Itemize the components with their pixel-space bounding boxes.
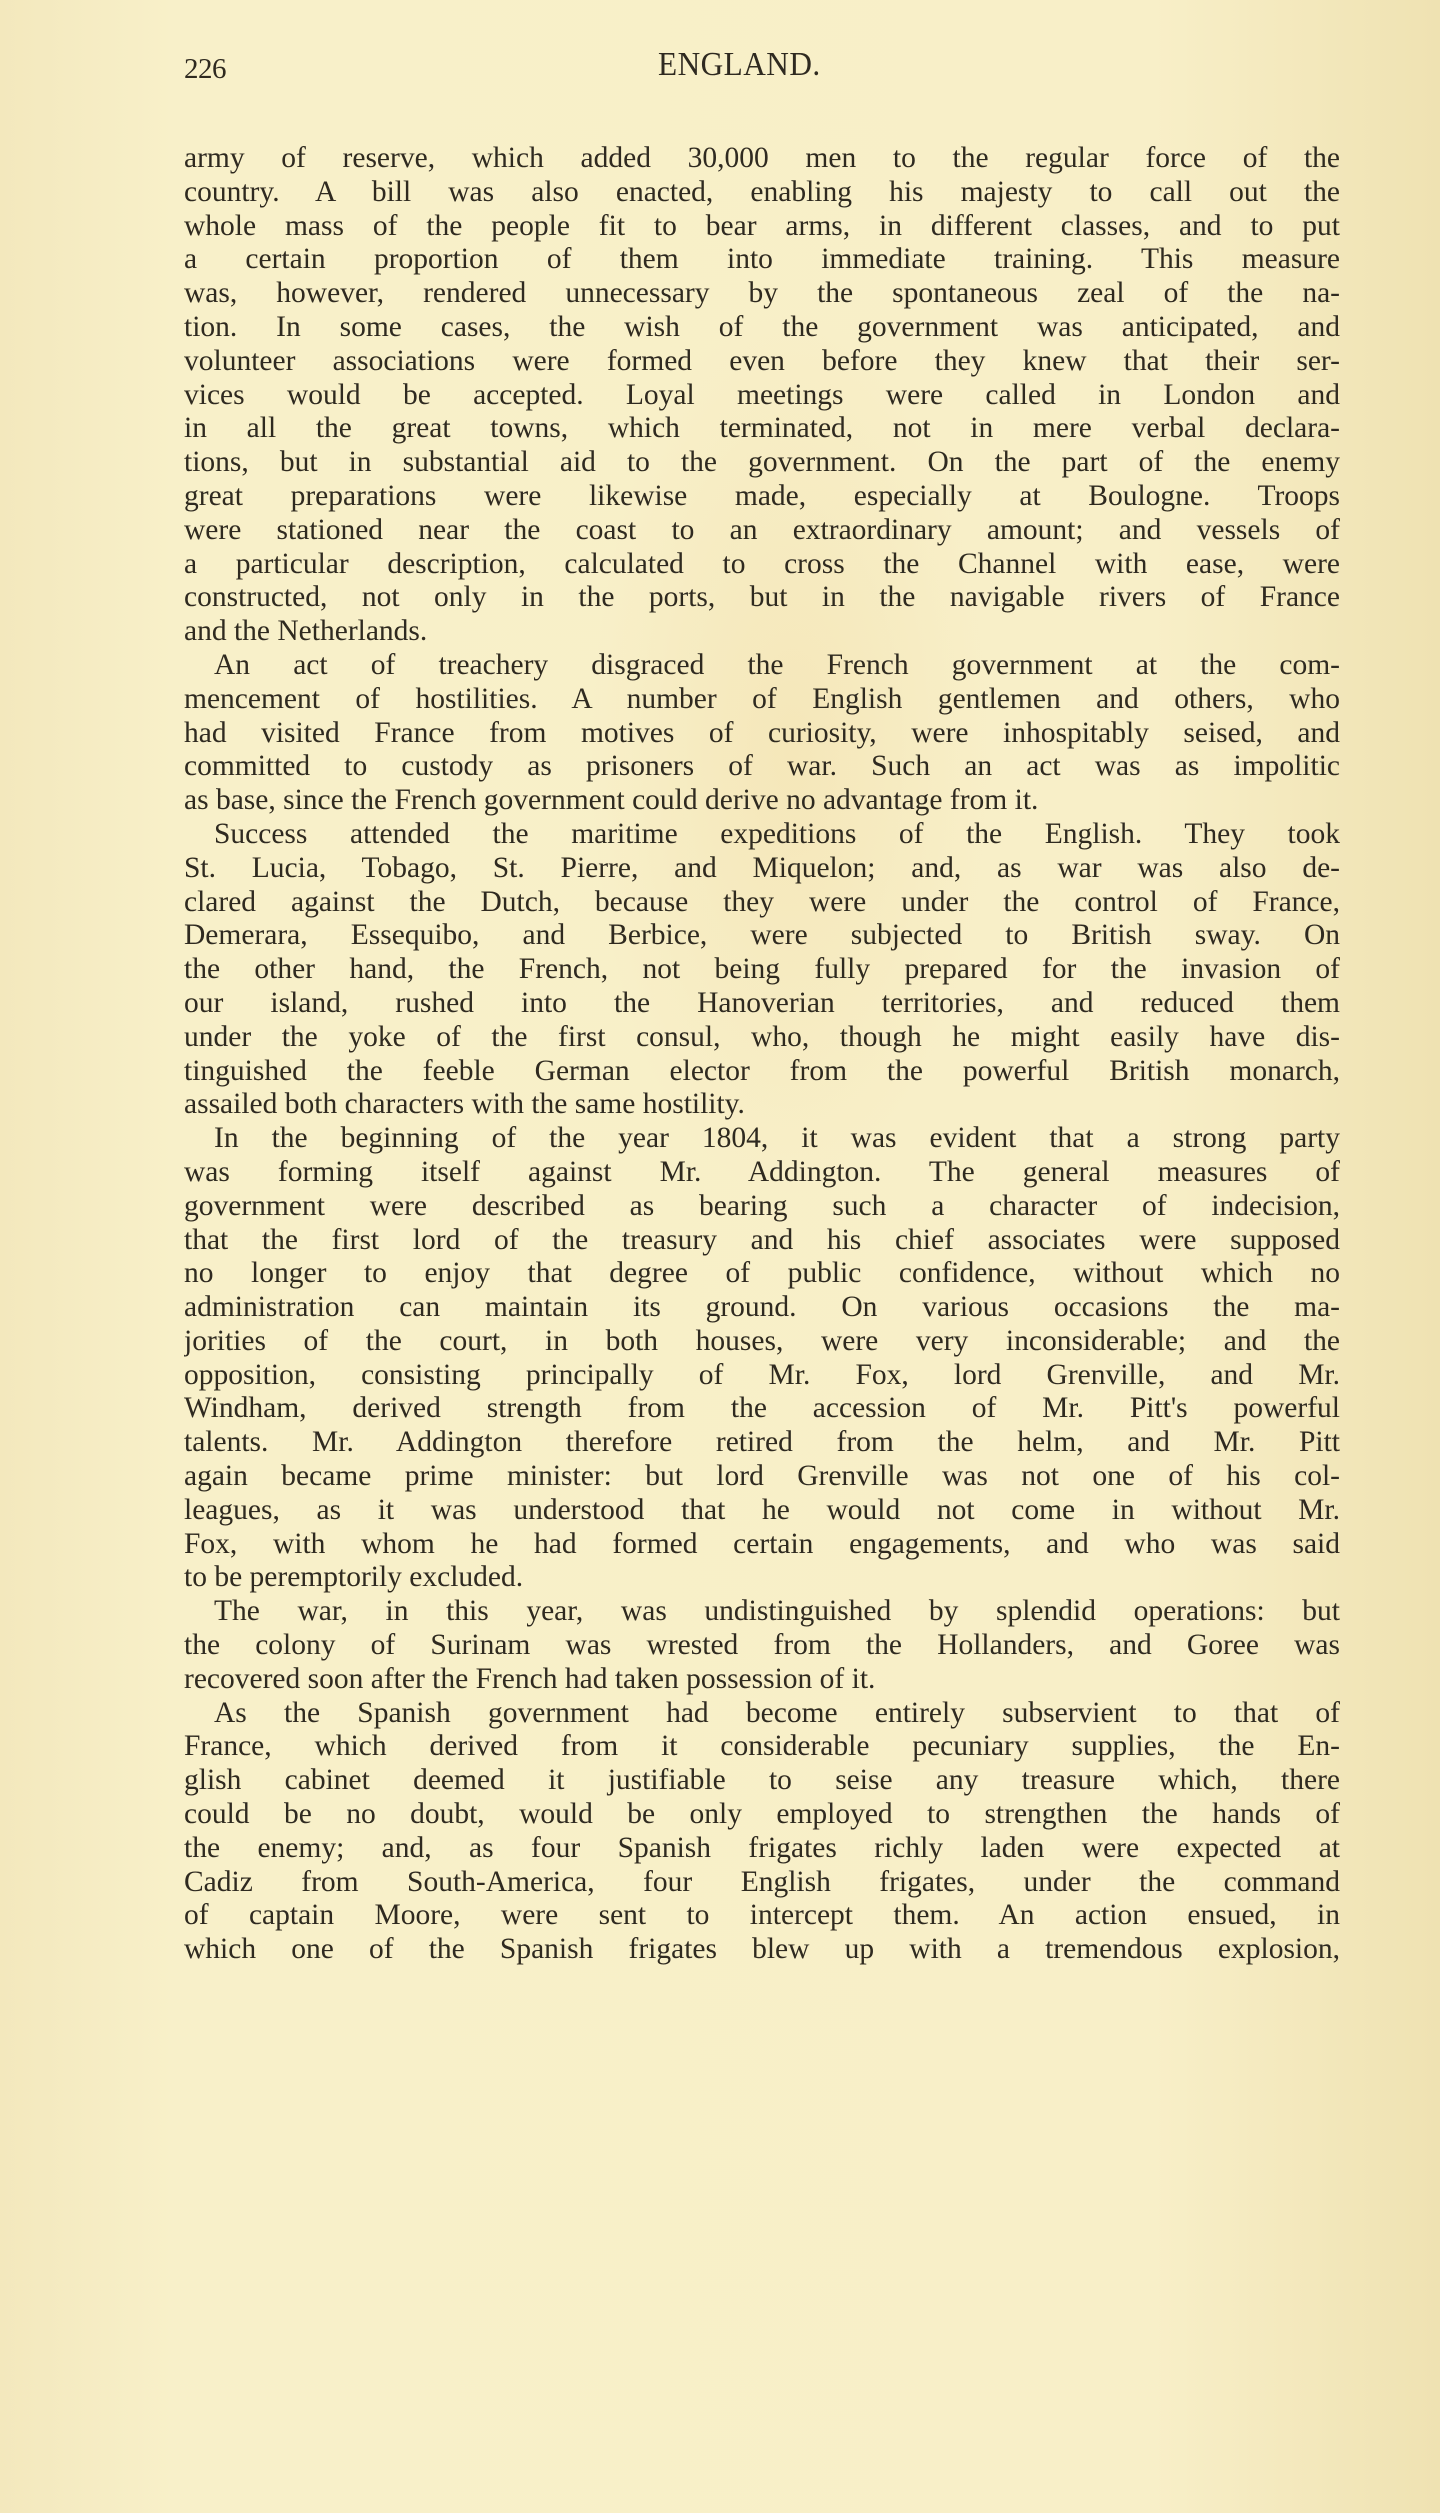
text-line: as base, since the French government cou… <box>184 784 1340 818</box>
text-line: in all the great towns, which terminated… <box>184 412 1340 446</box>
text-line: glish cabinet deemed it justifiable to s… <box>184 1764 1340 1798</box>
text-line: talents. Mr. Addington therefore retired… <box>184 1426 1340 1460</box>
text-line: tinguished the feeble German elector fro… <box>184 1055 1340 1089</box>
text-line: Windham, derived strength from the acces… <box>184 1392 1340 1426</box>
text-line: France, which derived from it considerab… <box>184 1730 1340 1764</box>
text-line: Demerara, Essequibo, and Berbice, were s… <box>184 919 1340 953</box>
text-line: our island, rushed into the Hanoverian t… <box>184 987 1340 1021</box>
book-page: 226 ENGLAND. army of reserve, which adde… <box>0 0 1440 2513</box>
text-line: In the beginning of the year 1804, it wa… <box>184 1122 1340 1156</box>
text-line: to be peremptorily excluded. <box>184 1561 1340 1595</box>
text-line: recovered soon after the French had take… <box>184 1663 1340 1697</box>
text-line: was forming itself against Mr. Addington… <box>184 1156 1340 1190</box>
text-line: under the yoke of the first consul, who,… <box>184 1021 1340 1055</box>
text-line: had visited France from motives of curio… <box>184 717 1340 751</box>
text-line: great preparations were likewise made, e… <box>184 480 1340 514</box>
text-line: a particular description, calculated to … <box>184 548 1340 582</box>
text-line: whole mass of the people fit to bear arm… <box>184 210 1340 244</box>
text-line: country. A bill was also enacted, enabli… <box>184 176 1340 210</box>
text-line: of captain Moore, were sent to intercept… <box>184 1899 1340 1933</box>
text-line: St. Lucia, Tobago, St. Pierre, and Mique… <box>184 852 1340 886</box>
text-line: army of reserve, which added 30,000 men … <box>184 142 1340 176</box>
text-line: assailed both characters with the same h… <box>184 1088 1340 1122</box>
text-line: committed to custody as prisoners of war… <box>184 750 1340 784</box>
text-line: tion. In some cases, the wish of the gov… <box>184 311 1340 345</box>
text-line: no longer to enjoy that degree of public… <box>184 1257 1340 1291</box>
text-line: Cadiz from South-America, four English f… <box>184 1866 1340 1900</box>
text-line: were stationed near the coast to an extr… <box>184 514 1340 548</box>
text-line: which one of the Spanish frigates blew u… <box>184 1933 1340 1967</box>
running-title: ENGLAND. <box>658 46 821 84</box>
text-line: Success attended the maritime expedition… <box>184 818 1340 852</box>
text-line: constructed, not only in the ports, but … <box>184 581 1340 615</box>
text-line: government were described as bearing suc… <box>184 1190 1340 1224</box>
text-line: that the first lord of the treasury and … <box>184 1224 1340 1258</box>
text-line: again became prime minister: but lord Gr… <box>184 1460 1340 1494</box>
text-line: clared against the Dutch, because they w… <box>184 886 1340 920</box>
text-line: and the Netherlands. <box>184 615 1340 649</box>
text-line: opposition, consisting principally of Mr… <box>184 1359 1340 1393</box>
page-number: 226 <box>184 52 226 86</box>
text-line: An act of treachery disgraced the French… <box>184 649 1340 683</box>
body-text: army of reserve, which added 30,000 men … <box>184 142 1340 1967</box>
text-line: the other hand, the French, not being fu… <box>184 953 1340 987</box>
text-line: vices would be accepted. Loyal meetings … <box>184 379 1340 413</box>
text-line: Fox, with whom he had formed certain eng… <box>184 1528 1340 1562</box>
text-line: jorities of the court, in both houses, w… <box>184 1325 1340 1359</box>
running-head: 226 ENGLAND. <box>184 46 1340 86</box>
text-line: administration can maintain its ground. … <box>184 1291 1340 1325</box>
text-line: the colony of Surinam was wrested from t… <box>184 1629 1340 1663</box>
text-line: tions, but in substantial aid to the gov… <box>184 446 1340 480</box>
text-line: As the Spanish government had become ent… <box>184 1697 1340 1731</box>
text-line: mencement of hostilities. A number of En… <box>184 683 1340 717</box>
text-line: could be no doubt, would be only employe… <box>184 1798 1340 1832</box>
text-line: the enemy; and, as four Spanish frigates… <box>184 1832 1340 1866</box>
text-line: The war, in this year, was undistinguish… <box>184 1595 1340 1629</box>
text-line: a certain proportion of them into immedi… <box>184 243 1340 277</box>
text-line: was, however, rendered unnecessary by th… <box>184 277 1340 311</box>
text-line: volunteer associations were formed even … <box>184 345 1340 379</box>
text-line: leagues, as it was understood that he wo… <box>184 1494 1340 1528</box>
